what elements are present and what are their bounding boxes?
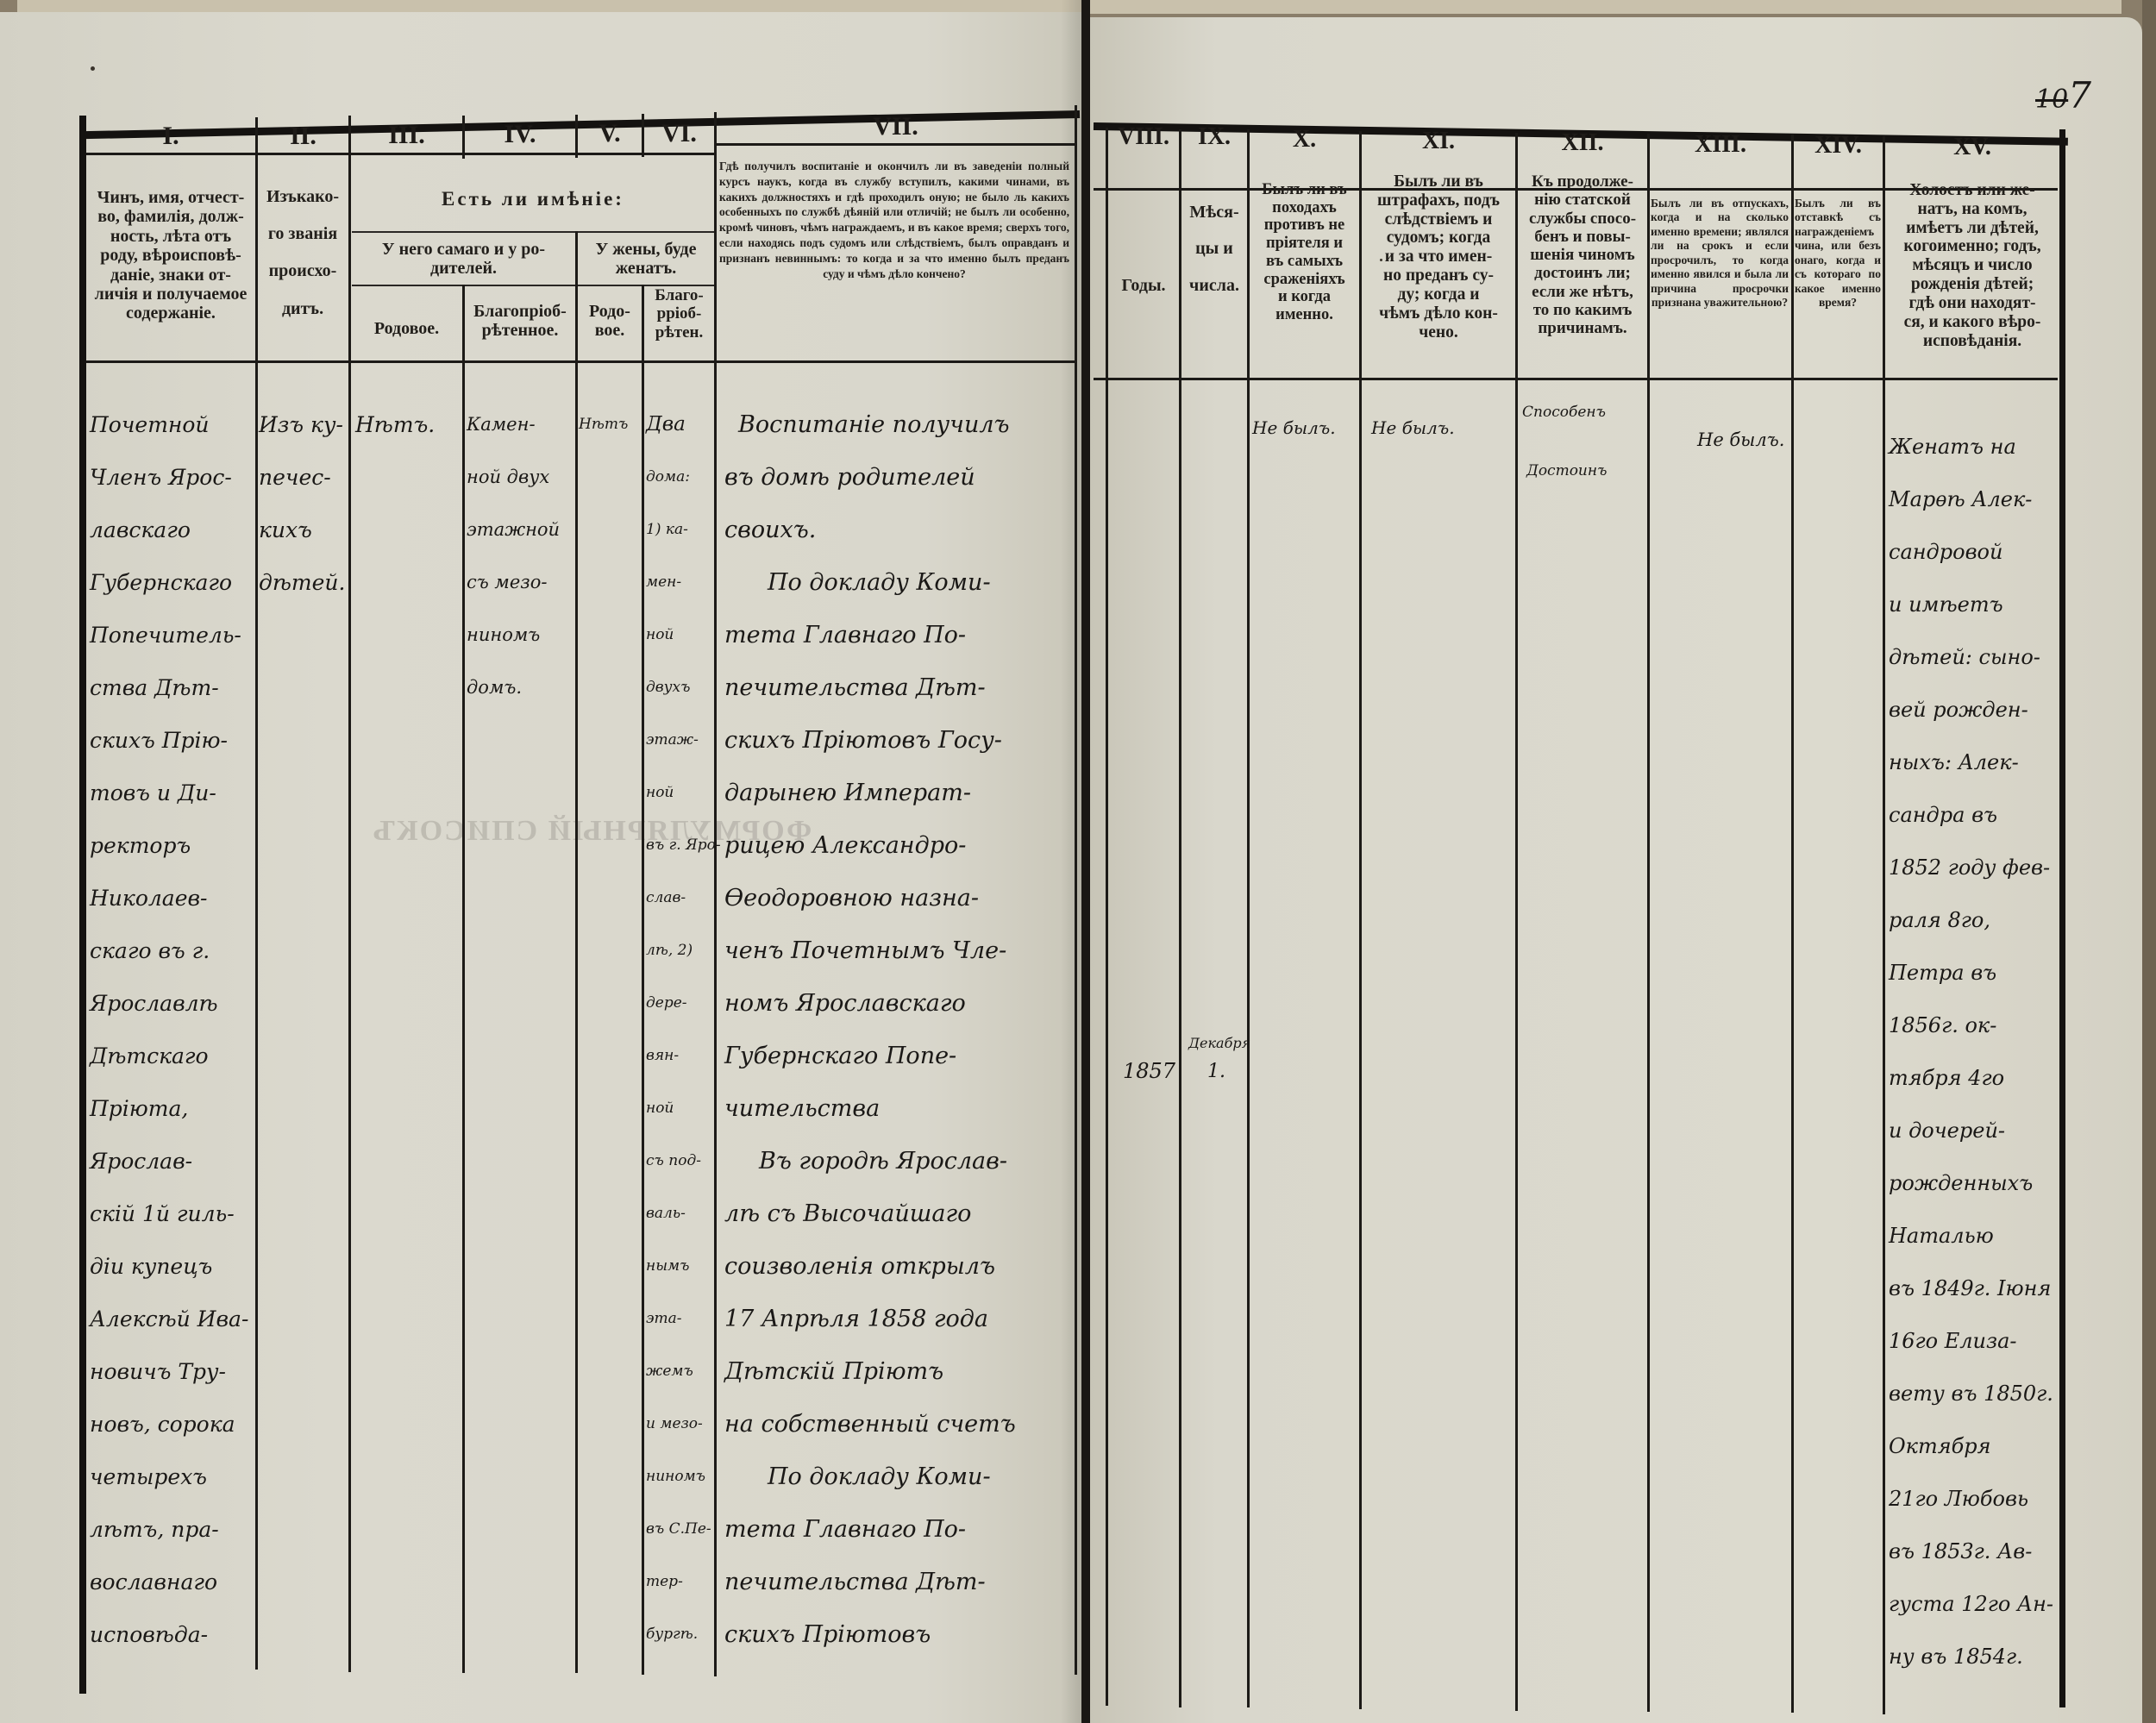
entry-line: скихъ Пріютовъ xyxy=(724,1608,1016,1661)
entry-line: съ под- xyxy=(646,1135,721,1187)
entry-line: дома: xyxy=(646,451,721,504)
entry-line: лѣтъ, пра- xyxy=(90,1503,248,1556)
entry-line: раля 8го, xyxy=(1889,894,2053,947)
header-bottom-divider xyxy=(86,360,1076,363)
entry-line: печительства Дѣт- xyxy=(724,1556,1016,1608)
col-divider-1 xyxy=(255,117,258,1670)
entry-line: Женатъ на xyxy=(1889,421,2053,473)
entry-line: тября 4го xyxy=(1889,1052,2053,1105)
entry-col-IV: Камен- ной двух этажной съ мезо- ниномъ … xyxy=(467,398,560,714)
entry-col-V: Нѣтъ xyxy=(579,398,628,451)
entry-line: 1) ка- xyxy=(646,504,721,556)
entry-col-VI: Два дома: 1) ка- мен- ной двухъ этаж- но… xyxy=(646,398,721,1661)
entry-line: ной двух xyxy=(467,451,560,504)
entry-line: ректоръ xyxy=(90,819,248,872)
entry-col-XII-worthy: Достоинъ xyxy=(1526,464,1607,479)
entry-line: Губернскаго xyxy=(90,556,248,609)
header-col-XII: Къ продолже- нію статской службы спосо- … xyxy=(1518,172,1647,337)
header-col-V: Родо- вое. xyxy=(578,302,642,341)
entry-line: Ѳеодоровною назна- xyxy=(724,872,1016,924)
entry-line: 1852 году фев- xyxy=(1889,842,2053,894)
entry-line: ниномъ xyxy=(467,609,560,661)
entry-line: рицею Александро- xyxy=(724,819,1016,872)
col-divider-5b xyxy=(642,285,644,1675)
entry-col-IX-month: Декабря xyxy=(1188,1037,1250,1050)
header-col-X: Былъ ли въ походахъ противъ не пріятеля … xyxy=(1250,181,1359,324)
entry-line: соизволенія открылъ xyxy=(724,1240,1016,1293)
entry-line: ченъ Почетнымъ Чле- xyxy=(724,924,1016,977)
entry-line: дарынею Императ- xyxy=(724,767,1016,819)
entry-line: и мезо- xyxy=(646,1398,721,1450)
entry-line: вету въ 1850г. xyxy=(1889,1368,2053,1420)
entry-line: эта- xyxy=(646,1293,721,1345)
paper-speck xyxy=(1380,259,1382,261)
entry-line: ной xyxy=(646,767,721,819)
col-divider-2 xyxy=(348,116,351,1672)
entry-line: товъ и Ди- xyxy=(90,767,248,819)
entry-line: Нѣтъ. xyxy=(355,398,435,451)
col-divider-8 xyxy=(1106,128,1108,1706)
header-col-III: Родовое. xyxy=(351,319,462,338)
entry-line: лѣ съ Высочайшаго xyxy=(724,1187,1016,1240)
table-left-border xyxy=(79,116,86,1694)
page-number: 107 xyxy=(2035,74,2091,116)
entry-line: на собственный счетъ xyxy=(724,1398,1016,1450)
entry-line: двухъ xyxy=(646,661,721,714)
entry-line: Въ городѣ Ярослав- xyxy=(724,1135,1016,1187)
entry-line: и имѣетъ xyxy=(1889,579,2053,631)
col-divider-14 xyxy=(1791,135,1794,1713)
page-number-struck: 10 xyxy=(2035,85,2068,115)
entry-line: Николаев- xyxy=(90,872,248,924)
col-num-XIV: XIV. xyxy=(1794,134,1883,158)
entry-line: Ярославлѣ xyxy=(90,977,248,1030)
col-num-IV: IV. xyxy=(465,122,575,147)
entry-line: скаго въ г. xyxy=(90,924,248,977)
entry-col-IX-day: 1. xyxy=(1207,1062,1225,1081)
roman-row-divider xyxy=(86,153,716,155)
entry-line: въ С.Пе- xyxy=(646,1503,721,1556)
entry-line: Попечитель- xyxy=(90,609,248,661)
entry-line: своихъ. xyxy=(724,504,1016,556)
header-col-IV: Благопріоб- рѣтенное. xyxy=(465,302,575,341)
header-col-XIV: Былъ ли въ отставкѣ съ награжденіемъ чин… xyxy=(1795,197,1881,310)
col-divider-3b xyxy=(462,285,465,1673)
col-num-VII: VII. xyxy=(717,114,1075,140)
header-col-XI: Былъ ли въ штрафахъ, подъ слѣдствіемъ и … xyxy=(1362,172,1515,341)
entry-line: новъ, сорока xyxy=(90,1398,248,1450)
roman-row-divider-vii xyxy=(716,143,1076,146)
entry-line: Губернскаго Попе- xyxy=(724,1030,1016,1082)
header-col-VII: Гдѣ получилъ воспитаніе и окончилъ ли въ… xyxy=(719,159,1069,282)
col-divider-10 xyxy=(1247,129,1250,1707)
entry-col-III: Нѣтъ. xyxy=(355,398,435,451)
wife-header: У жены, буде женатъ. xyxy=(578,240,714,279)
header-col-II: Изъкако- го званія происхо- дитъ. xyxy=(257,188,348,318)
entry-line: исповѣда- xyxy=(90,1608,248,1661)
entry-col-VII: Воспитаніе получилъ въ домѣ родителей св… xyxy=(724,398,1016,1661)
entry-line: Почетной xyxy=(90,398,248,451)
entry-line: ну въ 1854г. xyxy=(1889,1631,2053,1683)
header-col-VIII: Годы. xyxy=(1108,276,1179,295)
entry-line: чительства xyxy=(724,1082,1016,1135)
entry-line: Два xyxy=(646,398,721,451)
entry-line: ной xyxy=(646,609,721,661)
col-divider-12 xyxy=(1515,133,1518,1711)
entry-line: въ г. Яро- xyxy=(646,819,721,872)
col-num-VI: VI. xyxy=(644,121,714,147)
entry-line: густа 12го Ан- xyxy=(1889,1578,2053,1631)
header-col-XIII: Былъ ли въ отпускахъ, когда и на сколько… xyxy=(1651,197,1789,310)
estate-group-header: Есть ли имѣніе: xyxy=(352,188,714,210)
entry-line: скій 1й гиль- xyxy=(90,1187,248,1240)
entry-line: Пріюта, xyxy=(90,1082,248,1135)
entry-line: 16го Елиза- xyxy=(1889,1315,2053,1368)
entry-line: бургѣ. xyxy=(646,1608,721,1661)
entry-line: номъ Ярославскаго xyxy=(724,977,1016,1030)
entry-line: валь- xyxy=(646,1187,721,1240)
entry-line: 21го Любовь xyxy=(1889,1473,2053,1526)
col-num-XIII: XIII. xyxy=(1650,133,1791,157)
entry-line: этаж- xyxy=(646,714,721,767)
entry-line: 17 Апрѣля 1858 года xyxy=(724,1293,1016,1345)
entry-line: Дѣтскаго xyxy=(90,1030,248,1082)
col-num-XII: XII. xyxy=(1518,131,1647,155)
col-num-II: II. xyxy=(258,123,348,149)
entry-col-X: Не былъ. xyxy=(1252,419,1336,436)
entry-line: сандра въ xyxy=(1889,789,2053,842)
entry-line: тета Главнаго По- xyxy=(724,609,1016,661)
col-num-VIII: VIII. xyxy=(1108,125,1179,149)
entry-line: въ 1853г. Ав- xyxy=(1889,1526,2053,1578)
entry-line: четырехъ xyxy=(90,1450,248,1503)
col-num-IX: IX. xyxy=(1181,125,1247,149)
entry-col-XIII: Не былъ. xyxy=(1697,431,1784,449)
entry-line: Дѣтскій Пріютъ xyxy=(724,1345,1016,1398)
col-divider-9 xyxy=(1179,129,1181,1707)
col-divider-11 xyxy=(1359,131,1362,1709)
entry-line: вян- xyxy=(646,1030,721,1082)
page-number-current: 7 xyxy=(2068,74,2091,116)
entry-line: вославнаго xyxy=(90,1556,248,1608)
table-right-border xyxy=(2059,129,2065,1707)
entry-line: ныхъ: Алек- xyxy=(1889,736,2053,789)
entry-line: тер- xyxy=(646,1556,721,1608)
entry-line: Членъ Ярос- xyxy=(90,451,248,504)
entry-line: По докладу Коми- xyxy=(724,1450,1016,1503)
col-divider-13 xyxy=(1647,134,1650,1712)
col-num-X: X. xyxy=(1250,128,1359,152)
header-col-I: Чинъ, имя, отчест- во, фамилія, долж- но… xyxy=(86,188,255,323)
header-col-VI: Благо- pріоб- рѣтен. xyxy=(644,286,714,341)
entry-line: этажной xyxy=(467,504,560,556)
entry-col-II: Изъ ку- печес- кихъ дѣтей. xyxy=(259,398,345,609)
own-parents-header: У него самаго и у ро- дителей. xyxy=(352,240,575,279)
paper-speck xyxy=(91,66,95,71)
entry-line: въ домѣ родителей xyxy=(724,451,1016,504)
entry-line: Изъ ку- xyxy=(259,398,345,451)
entry-line: мен- xyxy=(646,556,721,609)
entry-line: домъ. xyxy=(467,661,560,714)
entry-line: сандровой xyxy=(1889,526,2053,579)
entry-line: съ мезо- xyxy=(467,556,560,609)
col-num-I: I. xyxy=(86,123,255,149)
entry-line: Алексѣй Ива- xyxy=(90,1293,248,1345)
col-divider-4b xyxy=(575,231,578,1673)
col-divider-15 xyxy=(1883,136,1885,1714)
entry-line: новичъ Тру- xyxy=(90,1345,248,1398)
page-stack-edge xyxy=(2142,0,2156,1723)
entry-line: жемъ xyxy=(646,1345,721,1398)
estate-divider xyxy=(352,231,714,233)
entry-line: кихъ xyxy=(259,504,345,556)
entry-col-XI: Не былъ. xyxy=(1371,419,1455,436)
entry-line: Ярослав- xyxy=(90,1135,248,1187)
entry-line: печительства Дѣт- xyxy=(724,661,1016,714)
entry-line: въ 1849г. Іюня xyxy=(1889,1262,2053,1315)
entry-line: дѣтей. xyxy=(259,556,345,609)
entry-line: лавскаго xyxy=(90,504,248,556)
entry-line: Марѳѣ Алек- xyxy=(1889,473,2053,526)
entry-line: дѣтей: сыно- xyxy=(1889,631,2053,684)
entry-line: По докладу Коми- xyxy=(724,556,1016,609)
entry-line: лѣ, 2) xyxy=(646,924,721,977)
col-divider-7 xyxy=(1075,105,1077,1675)
entry-line: скихъ Прію- xyxy=(90,714,248,767)
entry-line: нымъ xyxy=(646,1240,721,1293)
entry-col-I: Почетной Членъ Ярос- лавскаго Губернскаг… xyxy=(90,398,248,1661)
entry-line: ной xyxy=(646,1082,721,1135)
entry-line: Петра въ xyxy=(1889,947,2053,999)
header-bottom-divider-right xyxy=(1094,378,2058,380)
entry-line: Камен- xyxy=(467,398,560,451)
entry-line: ниномъ xyxy=(646,1450,721,1503)
col-num-XI: XI. xyxy=(1362,129,1515,154)
entry-line: Нѣтъ xyxy=(579,398,628,451)
entry-line: рожденныхъ xyxy=(1889,1157,2053,1210)
entry-line: діи купецъ xyxy=(90,1240,248,1293)
col-num-III: III. xyxy=(351,122,462,148)
entry-line: скихъ Пріютовъ Госу- xyxy=(724,714,1016,767)
header-col-IX: Мѣся- цы и числа. xyxy=(1181,204,1247,295)
entry-col-VIII-year: 1857 xyxy=(1123,1061,1175,1081)
entry-col-XII-capable: Способенъ xyxy=(1522,405,1606,420)
entry-col-XV: Женатъ на Марѳѣ Алек- сандровой и имѣетъ… xyxy=(1889,421,2053,1683)
header-col-XV: Холостъ или же- натъ, на комъ, имѣетъ ли… xyxy=(1885,181,2059,350)
col-num-XV: XV. xyxy=(1885,135,2059,160)
entry-line: и дочерей- xyxy=(1889,1105,2053,1157)
entry-line: дере- xyxy=(646,977,721,1030)
col-num-V: V. xyxy=(578,121,642,147)
entry-line: вей рожден- xyxy=(1889,684,2053,736)
entry-line: слав- xyxy=(646,872,721,924)
book-gutter xyxy=(1081,0,1090,1723)
entry-line: тета Главнаго По- xyxy=(724,1503,1016,1556)
entry-line: Октября xyxy=(1889,1420,2053,1473)
entry-line: 1856г. ок- xyxy=(1889,999,2053,1052)
entry-line: ства Дѣт- xyxy=(90,661,248,714)
entry-line: Воспитаніе получилъ xyxy=(724,398,1016,451)
entry-line: печес- xyxy=(259,451,345,504)
entry-line: Наталью xyxy=(1889,1210,2053,1262)
